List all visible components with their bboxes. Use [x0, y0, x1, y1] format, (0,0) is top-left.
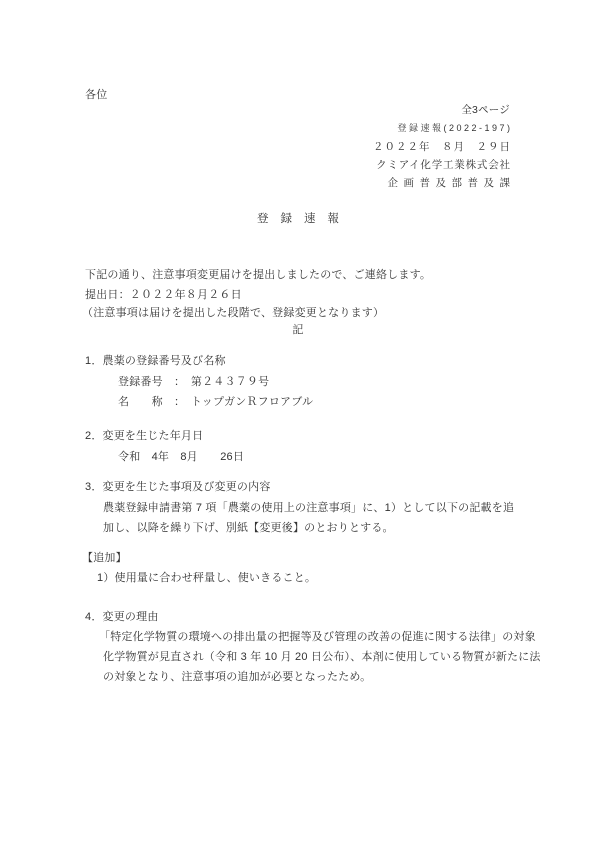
section3-body-line1: 農薬登録申請書第 7 項「農薬の使用上の注意事項」に、1）として以下の記載を追	[103, 501, 514, 515]
section3-heading: 3．変更を生じた事項及び変更の内容	[85, 480, 271, 494]
page-count: 全3ページ	[461, 104, 510, 118]
addition-item: 1）使用量に合わせ秤量し、使いきること。	[97, 571, 316, 585]
company-name: クミアイ化学工業株式会社	[376, 159, 511, 173]
record-mark: 記	[0, 323, 596, 337]
recipient-salutation: 各位	[85, 88, 107, 102]
section4-heading: 4．変更の理由	[85, 610, 159, 624]
document-page: 各位 全3ページ 登録速報(2022-197) ２０２２年 ８月 ２９日 クミア…	[0, 0, 596, 842]
intro-note: （注意事項は届けを提出した段階で、登録変更となります）	[82, 306, 384, 320]
section4-body-line2: 化学物質が見直され（令和 3 年 10 月 20 日公布）、本剤に使用している物…	[103, 650, 541, 664]
intro-greeting: 下記の通り、注意事項変更届けを提出しましたので、ご連絡します。	[85, 268, 431, 282]
section1-heading: 1．農薬の登録番号及び名称	[85, 354, 226, 368]
intro-submission-date: 提出日：２０２２年８月２６日	[85, 288, 242, 302]
department-name: 企画普及部普及課	[388, 177, 516, 191]
section1-registration-row: 登録番号 ： 第２４３７９号	[118, 375, 269, 389]
document-title: 登録速報	[0, 212, 596, 227]
section1-name-row: 名 称 ： トップガンＲフロアブル	[118, 395, 313, 409]
section4-body-line1: 「特定化学物質の環境への排出量の把握等及び管理の改善の促進に関する法律」の対象	[99, 630, 536, 644]
section3-body-line2: 加し、以降を繰り下げ、別紙【変更後】のとおりとする。	[103, 521, 394, 535]
section2-date: 令和 4年 8月 26日	[118, 450, 244, 464]
bulletin-number: 登録速報(2022-197)	[397, 123, 512, 135]
issue-date: ２０２２年 ８月 ２９日	[373, 141, 511, 155]
addition-label: 【追加】	[82, 551, 127, 565]
section2-heading: 2．変更を生じた年月日	[85, 429, 203, 443]
section4-body-line3: の対象となり、注意事項の追加が必要となったため。	[103, 670, 371, 684]
